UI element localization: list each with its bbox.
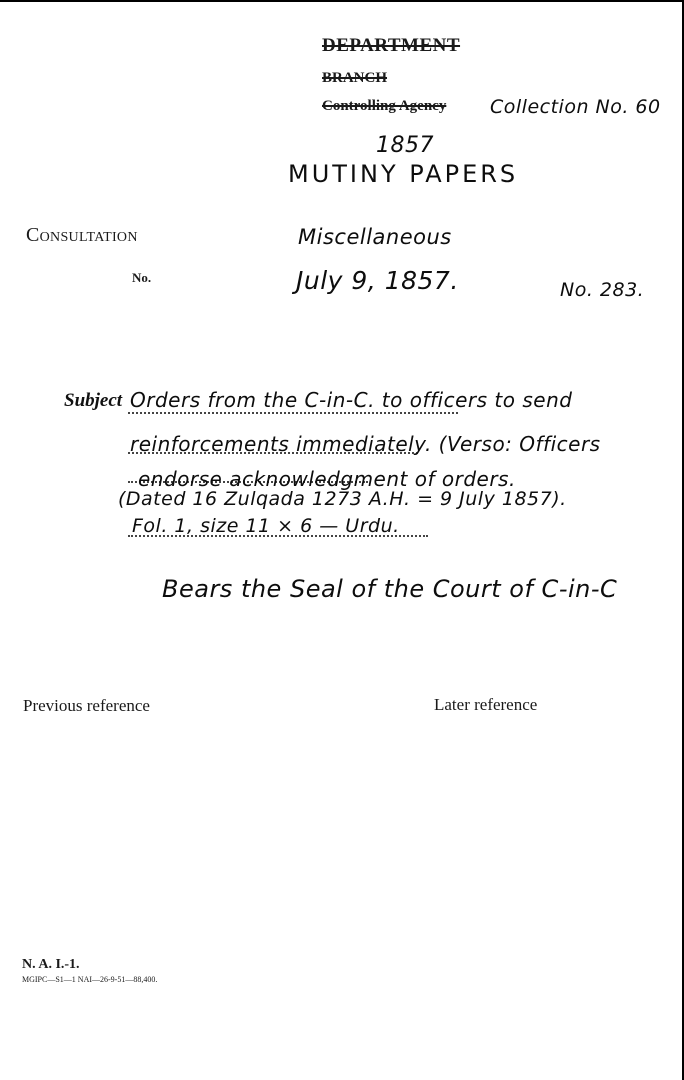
form-code: N. A. I.-1.: [22, 957, 80, 973]
seal-note: Bears the Seal of the Court of C-in-C: [162, 575, 617, 603]
consultation-label: Consultation: [26, 224, 138, 247]
department-label: DEPARTMENT: [322, 35, 460, 57]
branch-label: BRANCH: [322, 70, 387, 87]
dotted-rule: [128, 412, 458, 414]
subject-label: Subject: [64, 390, 122, 412]
controlling-agency-label: Controlling Agency: [322, 98, 446, 115]
subject-line-1: Orders from the C-in-C. to officers to s…: [130, 388, 572, 412]
subject-line-2: reinforcements immediately. (Verso: Offi…: [130, 432, 601, 456]
print-info: MGIPC—S1—1 NAI—26-9-51—88,400.: [22, 975, 157, 984]
subject-line-5: Fol. 1, size 11 × 6 — Urdu.: [132, 515, 400, 537]
document-number: No. 283.: [560, 279, 644, 301]
consultation-no-label: No.: [132, 270, 151, 286]
page-border-top: [0, 0, 684, 2]
consultation-date: July 9, 1857.: [296, 266, 459, 295]
collection-title: MUTINY PAPERS: [288, 160, 518, 188]
consultation-category: Miscellaneous: [298, 225, 452, 249]
controlling-agency-value: Collection No. 60: [490, 96, 661, 118]
subject-line-4: (Dated 16 Zulqada 1273 A.H. = 9 July 185…: [118, 488, 567, 510]
collection-year: 1857: [376, 133, 434, 158]
previous-reference-label: Previous reference: [23, 696, 150, 716]
later-reference-label: Later reference: [434, 695, 537, 715]
